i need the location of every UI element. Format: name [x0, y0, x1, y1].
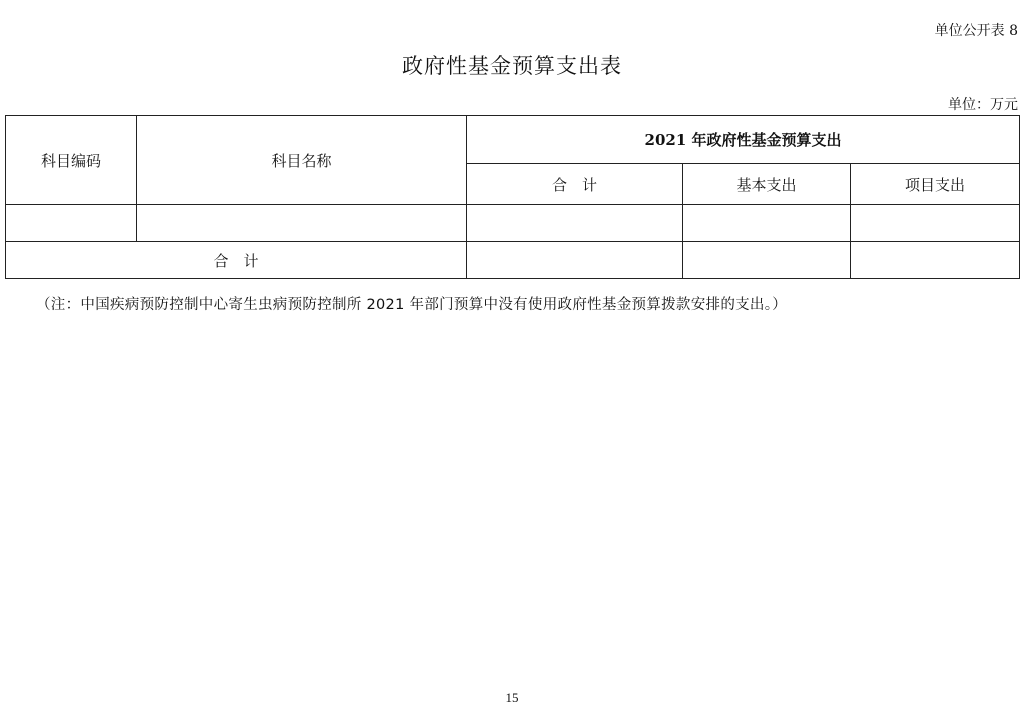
header-subject-name: 科目名称: [137, 116, 467, 205]
cell-code: [6, 205, 137, 242]
cell-name: [137, 205, 467, 242]
header-project: 项目支出: [851, 164, 1020, 205]
form-number: 单位公开表 8: [935, 20, 1018, 40]
table-row: [6, 205, 1020, 242]
total-cell-basic: [683, 242, 851, 279]
footnote: （注：中国疾病预防控制中心寄生虫病预防控制所 2021 年部门预算中没有使用政府…: [36, 293, 787, 314]
fund-expenditure-table: 科目编码 科目名称 2021 年政府性基金预算支出 合 计 基本支出 项目支出 …: [5, 115, 1020, 279]
cell-total: [467, 205, 683, 242]
cell-basic: [683, 205, 851, 242]
page-title: 政府性基金预算支出表: [0, 50, 1024, 80]
header-subject-code: 科目编码: [6, 116, 137, 205]
total-cell-total: [467, 242, 683, 279]
total-label: 合 计: [6, 242, 467, 279]
header-total: 合 计: [467, 164, 683, 205]
header-basic: 基本支出: [683, 164, 851, 205]
header-row-1: 科目编码 科目名称 2021 年政府性基金预算支出: [6, 116, 1020, 164]
cell-project: [851, 205, 1020, 242]
page-number: 15: [0, 690, 1024, 706]
total-cell-project: [851, 242, 1020, 279]
total-row: 合 计: [6, 242, 1020, 279]
unit-label: 单位：万元: [948, 94, 1018, 114]
header-group-expenditure: 2021 年政府性基金预算支出: [467, 116, 1020, 164]
